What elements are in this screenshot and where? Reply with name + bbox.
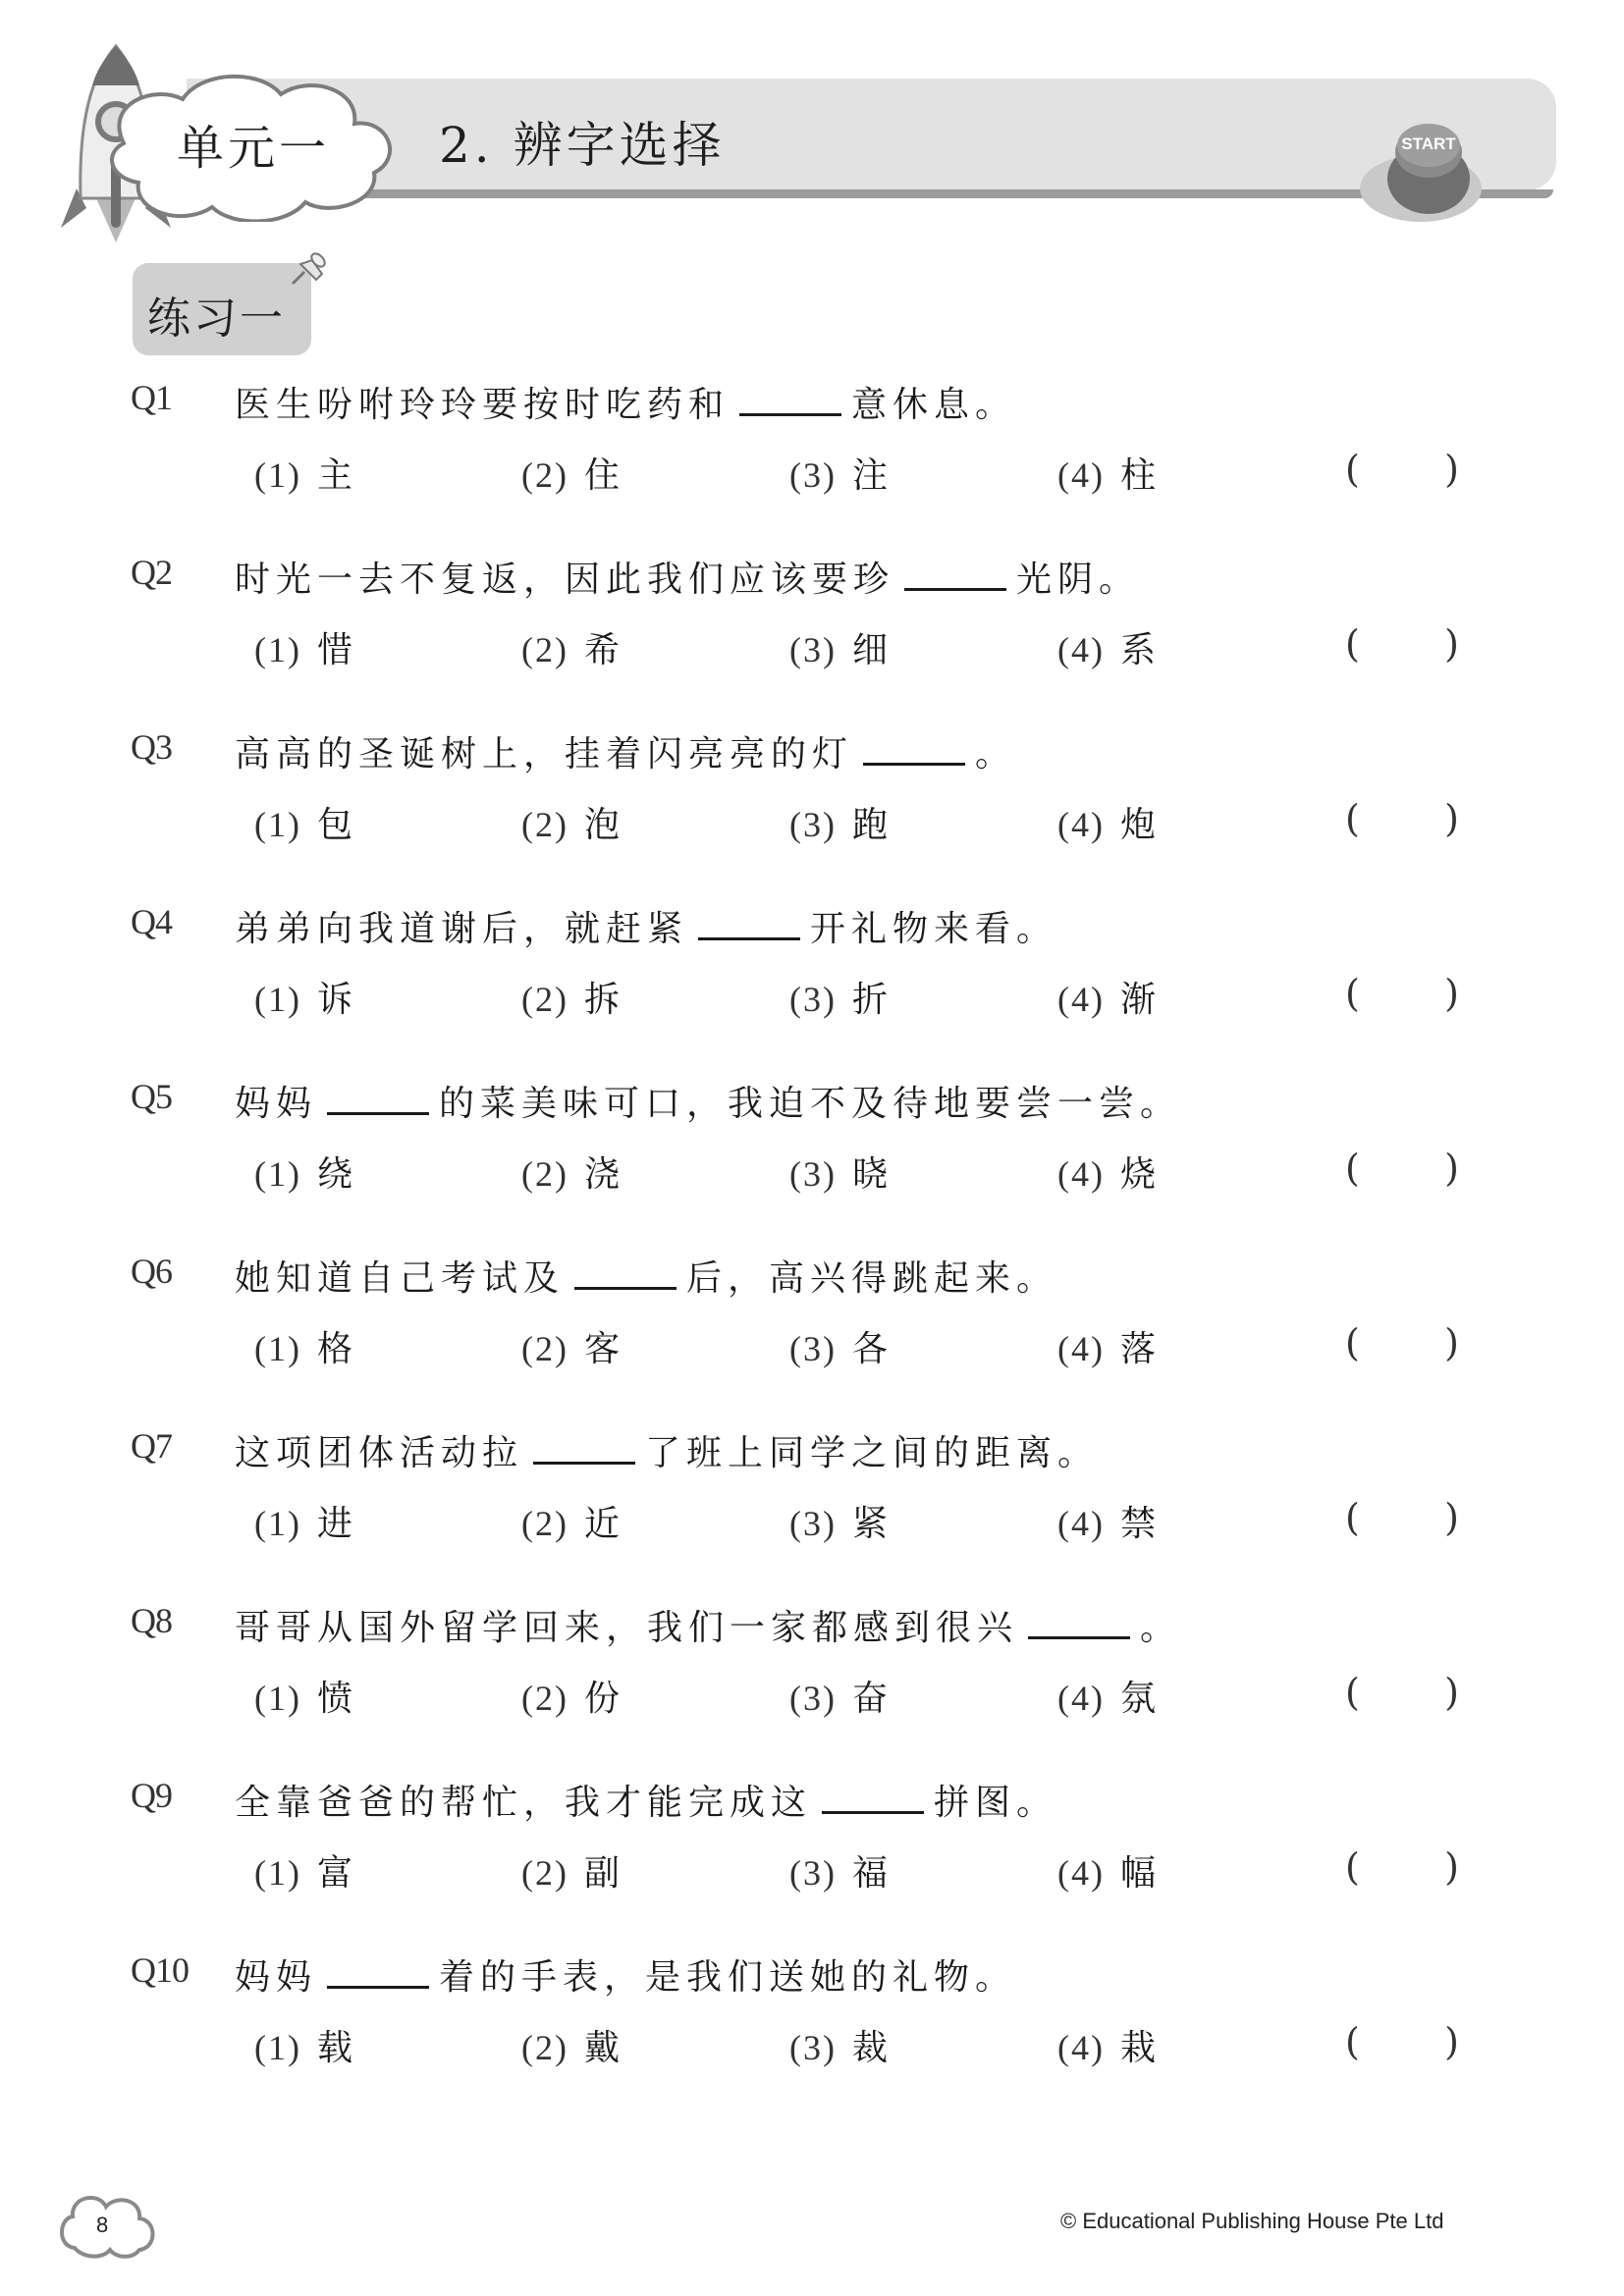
answer-box-open-paren: ( xyxy=(1345,1496,1360,1539)
answer-box-close-paren: ) xyxy=(1444,1321,1459,1364)
option-number: (3) xyxy=(789,455,837,495)
page-title: 2. 辨字选择 xyxy=(439,106,726,177)
question-line: Q5妈妈的菜美味可口，我迫不及待地要尝一尝。 xyxy=(131,1070,1505,1129)
option-number: (4) xyxy=(1057,2028,1105,2067)
answer-box[interactable]: () xyxy=(1345,1496,1459,1539)
question-line: Q2时光一去不复返，因此我们应该要珍光阴。 xyxy=(131,546,1505,605)
option-character: 各 xyxy=(852,1329,888,1369)
answer-box-open-paren: ( xyxy=(1345,972,1360,1015)
option-character: 折 xyxy=(852,980,888,1020)
option-2[interactable]: (2)客 xyxy=(521,1321,620,1371)
options-row: (1)绕(2)浇(3)晓(4)烧() xyxy=(131,1147,1505,1205)
answer-box-close-paren: ) xyxy=(1444,972,1459,1015)
question-text-before: 高高的圣诞树上，挂着闪亮亮的灯 xyxy=(235,734,853,774)
option-number: (1) xyxy=(254,630,301,669)
question-item: Q2时光一去不复返，因此我们应该要珍光阴。(1)惜(2)希(3)细(4)系() xyxy=(131,546,1505,681)
answer-box-open-paren: ( xyxy=(1345,1845,1360,1889)
question-line: Q9全靠爸爸的帮忙，我才能完成这拼图。 xyxy=(131,1769,1505,1828)
option-character: 幅 xyxy=(1120,1853,1156,1894)
option-number: (1) xyxy=(254,805,301,844)
options-row: (1)惜(2)希(3)细(4)系() xyxy=(131,622,1505,681)
options-row: (1)愤(2)份(3)奋(4)氛() xyxy=(131,1671,1505,1730)
option-1[interactable]: (1)进 xyxy=(254,1496,352,1546)
question-text-before: 全靠爸爸的帮忙，我才能完成这 xyxy=(235,1783,812,1823)
answer-box[interactable]: () xyxy=(1345,622,1459,666)
answer-box-close-paren: ) xyxy=(1444,448,1459,491)
answer-blank xyxy=(1028,1609,1130,1639)
question-item: Q4弟弟向我道谢后，就赶紧开礼物来看。(1)诉(2)拆(3)折(4)渐() xyxy=(131,895,1505,1031)
option-character: 拆 xyxy=(584,980,620,1020)
option-character: 细 xyxy=(852,630,888,670)
option-character: 柱 xyxy=(1120,455,1156,496)
option-1[interactable]: (1)包 xyxy=(254,797,352,847)
option-character: 富 xyxy=(317,1853,352,1894)
option-number: (1) xyxy=(254,1679,301,1718)
option-character: 栽 xyxy=(1120,2028,1156,2068)
option-character: 愤 xyxy=(317,1679,352,1719)
option-4[interactable]: (4)氛 xyxy=(1057,1671,1156,1721)
option-2[interactable]: (2)泡 xyxy=(521,797,620,847)
page-number-cloud xyxy=(55,2189,163,2260)
option-number: (3) xyxy=(789,1853,837,1893)
option-number: (1) xyxy=(254,1154,301,1194)
option-number: (3) xyxy=(789,1154,837,1194)
question-text-before: 哥哥从国外留学回来，我们一家都感到很兴 xyxy=(235,1608,1018,1648)
option-number: (2) xyxy=(521,1504,568,1543)
question-item: Q10妈妈着的手表，是我们送她的礼物。(1)载(2)戴(3)裁(4)栽() xyxy=(131,1944,1505,2079)
options-row: (1)格(2)客(3)各(4)落() xyxy=(131,1321,1505,1380)
option-4[interactable]: (4)禁 xyxy=(1057,1496,1156,1546)
answer-box-open-paren: ( xyxy=(1345,2020,1360,2063)
question-line: Q8哥哥从国外留学回来，我们一家都感到很兴。 xyxy=(131,1594,1505,1653)
option-number: (2) xyxy=(521,455,568,495)
question-item: Q1医生吩咐玲玲要按时吃药和意休息。(1)主(2)住(3)注(4)柱() xyxy=(131,371,1505,507)
option-character: 住 xyxy=(584,455,620,496)
option-character: 惜 xyxy=(317,630,352,670)
option-3[interactable]: (3)各 xyxy=(789,1321,888,1371)
options-row: (1)富(2)副(3)福(4)幅() xyxy=(131,1845,1505,1904)
option-1[interactable]: (1)载 xyxy=(254,2020,352,2070)
option-1[interactable]: (1)愤 xyxy=(254,1671,352,1721)
answer-box[interactable]: () xyxy=(1345,448,1459,491)
answer-box-close-paren: ) xyxy=(1444,1845,1459,1889)
question-text: 弟弟向我道谢后，就赶紧开礼物来看。 xyxy=(235,901,1057,951)
option-3[interactable]: (3)奋 xyxy=(789,1671,888,1721)
option-character: 进 xyxy=(317,1504,352,1544)
option-4[interactable]: (4)炮 xyxy=(1057,797,1156,847)
question-number: Q3 xyxy=(131,726,172,768)
question-text: 这项团体活动拉了班上同学之间的距离。 xyxy=(235,1425,1099,1475)
option-number: (1) xyxy=(254,2028,301,2067)
option-4[interactable]: (4)系 xyxy=(1057,622,1156,672)
option-character: 氛 xyxy=(1120,1679,1156,1719)
option-character: 炮 xyxy=(1120,805,1156,845)
option-character: 希 xyxy=(584,630,620,670)
answer-blank xyxy=(533,1434,635,1465)
answer-blank xyxy=(574,1259,677,1290)
option-character: 紧 xyxy=(852,1504,888,1544)
answer-box[interactable]: () xyxy=(1345,972,1459,1015)
option-number: (2) xyxy=(521,980,568,1019)
question-text-before: 弟弟向我道谢后，就赶紧 xyxy=(235,909,688,949)
question-text: 医生吩咐玲玲要按时吃药和意休息。 xyxy=(235,377,1016,427)
option-number: (4) xyxy=(1057,1853,1105,1893)
option-character: 浇 xyxy=(584,1154,620,1195)
options-row: (1)诉(2)拆(3)折(4)渐() xyxy=(131,972,1505,1031)
option-2[interactable]: (2)副 xyxy=(521,1845,620,1896)
question-number: Q9 xyxy=(131,1775,172,1816)
option-number: (2) xyxy=(521,805,568,844)
answer-blank xyxy=(698,910,800,940)
question-item: Q8哥哥从国外留学回来，我们一家都感到很兴。(1)愤(2)份(3)奋(4)氛() xyxy=(131,1594,1505,1730)
option-character: 绕 xyxy=(317,1154,352,1195)
option-number: (4) xyxy=(1057,980,1105,1019)
option-3[interactable]: (3)细 xyxy=(789,622,888,672)
pushpin-icon xyxy=(287,250,330,290)
option-character: 晓 xyxy=(852,1154,888,1195)
question-text-before: 医生吩咐玲玲要按时吃药和 xyxy=(235,385,730,425)
option-3[interactable]: (3)紧 xyxy=(789,1496,888,1546)
option-2[interactable]: (2)戴 xyxy=(521,2020,620,2070)
option-1[interactable]: (1)富 xyxy=(254,1845,352,1896)
option-character: 包 xyxy=(317,805,352,845)
option-1[interactable]: (1)格 xyxy=(254,1321,352,1371)
answer-box-open-paren: ( xyxy=(1345,1147,1360,1190)
start-button[interactable]: START xyxy=(1360,98,1488,226)
option-3[interactable]: (3)折 xyxy=(789,972,888,1022)
answer-blank xyxy=(327,1085,429,1115)
option-2[interactable]: (2)住 xyxy=(521,448,620,498)
question-text: 她知道自己考试及后，高兴得跳起来。 xyxy=(235,1251,1057,1301)
start-button-label: START xyxy=(1401,134,1456,153)
question-line: Q1医生吩咐玲玲要按时吃药和意休息。 xyxy=(131,371,1505,430)
option-character: 落 xyxy=(1120,1329,1156,1369)
answer-box-open-paren: ( xyxy=(1345,448,1360,491)
answer-box[interactable]: () xyxy=(1345,1147,1459,1190)
option-3[interactable]: (3)晓 xyxy=(789,1147,888,1197)
option-number: (2) xyxy=(521,630,568,669)
option-number: (1) xyxy=(254,1329,301,1368)
option-character: 奋 xyxy=(852,1679,888,1719)
question-text-before: 妈妈 xyxy=(235,1957,317,1998)
option-3[interactable]: (3)跑 xyxy=(789,797,888,847)
question-text: 妈妈的菜美味可口，我迫不及待地要尝一尝。 xyxy=(235,1076,1181,1126)
option-number: (3) xyxy=(789,1679,837,1718)
options-row: (1)包(2)泡(3)跑(4)炮() xyxy=(131,797,1505,856)
answer-box[interactable]: () xyxy=(1345,797,1459,840)
question-text-after: 后，高兴得跳起来。 xyxy=(686,1258,1057,1299)
option-character: 系 xyxy=(1120,630,1156,670)
options-row: (1)主(2)住(3)注(4)柱() xyxy=(131,448,1505,507)
option-number: (2) xyxy=(521,2028,568,2067)
question-text-after: 开礼物来看。 xyxy=(810,909,1057,949)
answer-box-close-paren: ) xyxy=(1444,1147,1459,1190)
option-number: (2) xyxy=(521,1329,568,1368)
question-number: Q6 xyxy=(131,1251,172,1292)
options-row: (1)进(2)近(3)紧(4)禁() xyxy=(131,1496,1505,1555)
option-1[interactable]: (1)主 xyxy=(254,448,352,498)
option-character: 裁 xyxy=(852,2028,888,2068)
option-number: (4) xyxy=(1057,1679,1105,1718)
answer-box[interactable]: () xyxy=(1345,1671,1459,1714)
option-3[interactable]: (3)注 xyxy=(789,448,888,498)
option-number: (2) xyxy=(521,1853,568,1893)
answer-box-close-paren: ) xyxy=(1444,622,1459,666)
question-line: Q10妈妈着的手表，是我们送她的礼物。 xyxy=(131,1944,1505,2002)
question-item: Q6她知道自己考试及后，高兴得跳起来。(1)格(2)客(3)各(4)落() xyxy=(131,1245,1505,1380)
copyright-notice: © Educational Publishing House Pte Ltd xyxy=(1060,2209,1443,2234)
option-2[interactable]: (2)份 xyxy=(521,1671,620,1721)
question-item: Q7这项团体活动拉了班上同学之间的距离。(1)进(2)近(3)紧(4)禁() xyxy=(131,1419,1505,1555)
option-character: 载 xyxy=(317,2028,352,2068)
question-item: Q5妈妈的菜美味可口，我迫不及待地要尝一尝。(1)绕(2)浇(3)晓(4)烧() xyxy=(131,1070,1505,1205)
question-text-after: 。 xyxy=(975,734,1016,774)
question-number: Q8 xyxy=(131,1600,172,1641)
answer-blank xyxy=(739,386,841,416)
question-number: Q2 xyxy=(131,552,172,593)
question-text: 哥哥从国外留学回来，我们一家都感到很兴。 xyxy=(235,1600,1181,1650)
option-number: (3) xyxy=(789,1504,837,1543)
question-item: Q9全靠爸爸的帮忙，我才能完成这拼图。(1)富(2)副(3)福(4)幅() xyxy=(131,1769,1505,1904)
option-number: (1) xyxy=(254,455,301,495)
question-line: Q6她知道自己考试及后，高兴得跳起来。 xyxy=(131,1245,1505,1304)
question-text-before: 妈妈 xyxy=(235,1084,317,1124)
option-number: (1) xyxy=(254,1504,301,1543)
answer-box-close-paren: ) xyxy=(1444,1496,1459,1539)
question-item: Q3高高的圣诞树上，挂着闪亮亮的灯。(1)包(2)泡(3)跑(4)炮() xyxy=(131,721,1505,856)
question-text: 妈妈着的手表，是我们送她的礼物。 xyxy=(235,1949,1016,2000)
option-number: (1) xyxy=(254,980,301,1019)
option-number: (3) xyxy=(789,630,837,669)
answer-box[interactable]: () xyxy=(1345,1845,1459,1889)
option-2[interactable]: (2)拆 xyxy=(521,972,620,1022)
option-number: (3) xyxy=(789,980,837,1019)
answer-box-open-paren: ( xyxy=(1345,797,1360,840)
option-4[interactable]: (4)渐 xyxy=(1057,972,1156,1022)
option-character: 诉 xyxy=(317,980,352,1020)
options-row: (1)载(2)戴(3)裁(4)栽() xyxy=(131,2020,1505,2079)
question-text-after: 了班上同学之间的距离。 xyxy=(645,1433,1099,1473)
answer-box-close-paren: ) xyxy=(1444,1671,1459,1714)
question-text-before: 她知道自己考试及 xyxy=(235,1258,565,1299)
question-text: 时光一去不复返，因此我们应该要珍光阴。 xyxy=(235,552,1140,602)
answer-blank xyxy=(327,1958,429,1989)
option-number: (4) xyxy=(1057,630,1105,669)
question-line: Q4弟弟向我道谢后，就赶紧开礼物来看。 xyxy=(131,895,1505,954)
option-character: 近 xyxy=(584,1504,620,1544)
option-number: (4) xyxy=(1057,805,1105,844)
option-4[interactable]: (4)幅 xyxy=(1057,1845,1156,1896)
question-text: 高高的圣诞树上，挂着闪亮亮的灯。 xyxy=(235,726,1016,776)
option-1[interactable]: (1)诉 xyxy=(254,972,352,1022)
option-number: (4) xyxy=(1057,1329,1105,1368)
option-4[interactable]: (4)栽 xyxy=(1057,2020,1156,2070)
answer-box-close-paren: ) xyxy=(1444,797,1459,840)
option-4[interactable]: (4)落 xyxy=(1057,1321,1156,1371)
answer-box-open-paren: ( xyxy=(1345,1671,1360,1714)
option-number: (4) xyxy=(1057,1504,1105,1543)
option-2[interactable]: (2)近 xyxy=(521,1496,620,1546)
option-character: 主 xyxy=(317,455,352,496)
answer-blank xyxy=(863,735,965,766)
option-number: (2) xyxy=(521,1154,568,1194)
answer-box[interactable]: () xyxy=(1345,1321,1459,1364)
option-1[interactable]: (1)惜 xyxy=(254,622,352,672)
question-text-before: 这项团体活动拉 xyxy=(235,1433,523,1473)
answer-box-close-paren: ) xyxy=(1444,2020,1459,2063)
option-number: (3) xyxy=(789,2028,837,2067)
option-character: 跑 xyxy=(852,805,888,845)
option-2[interactable]: (2)浇 xyxy=(521,1147,620,1197)
option-2[interactable]: (2)希 xyxy=(521,622,620,672)
option-3[interactable]: (3)福 xyxy=(789,1845,888,1896)
question-text: 全靠爸爸的帮忙，我才能完成这拼图。 xyxy=(235,1775,1057,1825)
answer-box[interactable]: () xyxy=(1345,2020,1459,2063)
question-number: Q4 xyxy=(131,901,172,942)
option-character: 格 xyxy=(317,1329,352,1369)
option-character: 注 xyxy=(852,455,888,496)
question-text-after: 光阴。 xyxy=(1016,560,1140,600)
page-number: 8 xyxy=(96,2213,108,2238)
answer-blank xyxy=(904,561,1006,591)
question-number: Q10 xyxy=(131,1949,189,1991)
answer-box-open-paren: ( xyxy=(1345,622,1360,666)
option-character: 烧 xyxy=(1120,1154,1156,1195)
option-number: (4) xyxy=(1057,1154,1105,1194)
option-character: 客 xyxy=(584,1329,620,1369)
question-text-after: 意休息。 xyxy=(851,385,1016,425)
question-line: Q3高高的圣诞树上，挂着闪亮亮的灯。 xyxy=(131,721,1505,779)
option-character: 渐 xyxy=(1120,980,1156,1020)
unit-label: 单元一 xyxy=(177,110,330,178)
option-4[interactable]: (4)烧 xyxy=(1057,1147,1156,1197)
answer-blank xyxy=(822,1784,924,1814)
option-4[interactable]: (4)柱 xyxy=(1057,448,1156,498)
option-character: 福 xyxy=(852,1853,888,1894)
option-number: (2) xyxy=(521,1679,568,1718)
option-number: (4) xyxy=(1057,455,1105,495)
question-number: Q1 xyxy=(131,377,172,418)
section-label: 练习一 xyxy=(147,283,286,346)
question-number: Q7 xyxy=(131,1425,172,1467)
option-number: (3) xyxy=(789,1329,837,1368)
question-text-after: 的菜美味可口，我迫不及待地要尝一尝。 xyxy=(439,1084,1181,1124)
option-character: 份 xyxy=(584,1679,620,1719)
option-number: (3) xyxy=(789,805,837,844)
question-number: Q5 xyxy=(131,1076,172,1117)
option-character: 副 xyxy=(584,1853,620,1894)
option-character: 泡 xyxy=(584,805,620,845)
option-character: 禁 xyxy=(1120,1504,1156,1544)
option-character: 戴 xyxy=(584,2028,620,2068)
question-line: Q7这项团体活动拉了班上同学之间的距离。 xyxy=(131,1419,1505,1478)
question-text-after: 着的手表，是我们送她的礼物。 xyxy=(439,1957,1016,1998)
question-text-after: 拼图。 xyxy=(934,1783,1057,1823)
question-text-before: 时光一去不复返，因此我们应该要珍 xyxy=(235,560,894,600)
option-1[interactable]: (1)绕 xyxy=(254,1147,352,1197)
question-text-after: 。 xyxy=(1140,1608,1181,1648)
option-3[interactable]: (3)裁 xyxy=(789,2020,888,2070)
option-number: (1) xyxy=(254,1853,301,1893)
answer-box-open-paren: ( xyxy=(1345,1321,1360,1364)
